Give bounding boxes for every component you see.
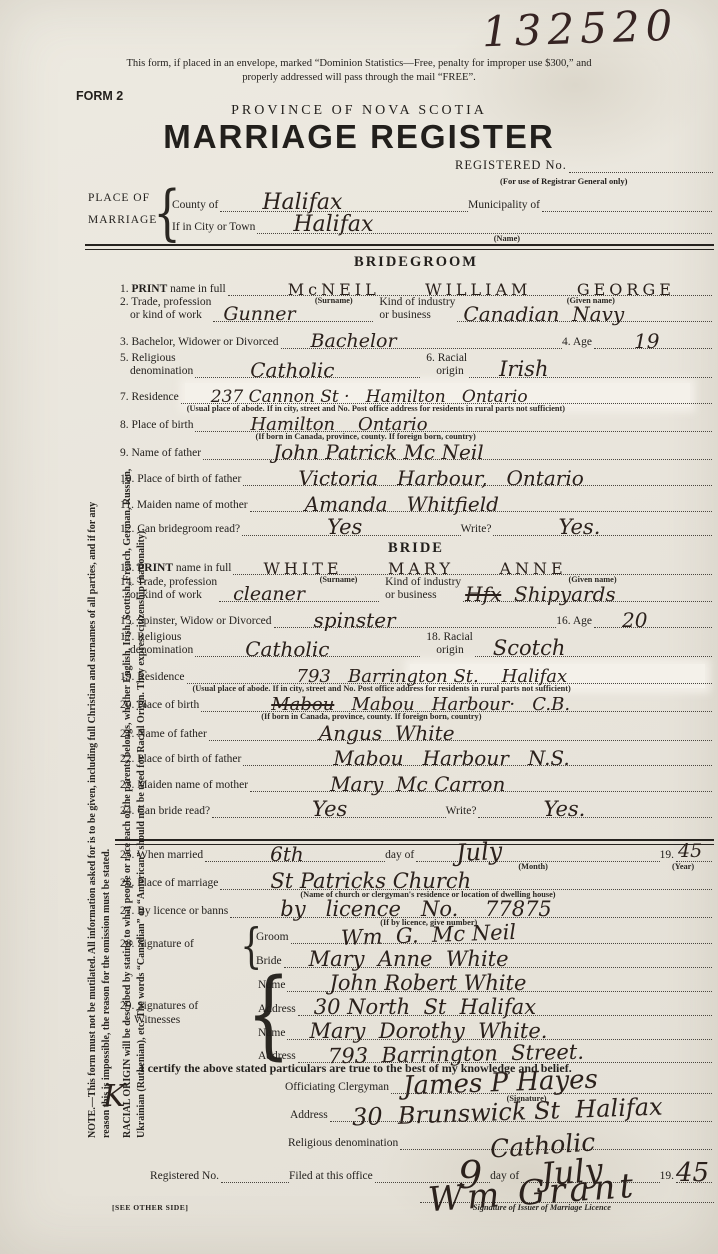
- row-27-licence: 27. By licence or banns by licence No. 7…: [120, 901, 712, 918]
- groom-father-value: John Patrick Mc Neil: [273, 442, 484, 462]
- year-note: (Year): [672, 862, 694, 871]
- see-other-side-note: [SEE OTHER SIDE]: [112, 1203, 188, 1212]
- row25-year-field: 45 (Year): [676, 845, 712, 862]
- mail-notice-line2: properly addressed will pass through the…: [0, 72, 718, 83]
- margin-racial-line1: RACIAL ORIGIN will be described by stati…: [121, 282, 135, 1138]
- groom-racial-origin-value: Irish: [499, 359, 548, 380]
- bride-status-value: spinster: [314, 610, 396, 630]
- bride-trade-value: cleaner: [233, 585, 305, 604]
- married-month-value: July: [456, 839, 504, 865]
- row11-field: Amanda Whitfield: [250, 495, 712, 512]
- row-2-trade: 2. Trade, professionor kind of work Gunn…: [120, 296, 712, 322]
- married-day-value: 6th: [270, 844, 304, 864]
- row15-field: spinster: [274, 611, 557, 628]
- groom-mother-value: Amanda Whitfield: [305, 494, 499, 514]
- row-26-place-of-marriage: 26. Place of marriage St Patricks Church…: [120, 873, 712, 890]
- groom-sig-label: Groom: [256, 931, 291, 944]
- clergyman-address-row: Address 30 Brunswick St Halifax: [290, 1105, 712, 1122]
- clergy-address-label: Address: [290, 1109, 330, 1122]
- stamp-number: 132520: [481, 5, 679, 54]
- province-heading: PROVINCE OF NOVA SCOTIA: [0, 103, 718, 119]
- row10-field: Victoria Harbour, Ontario: [243, 469, 712, 486]
- bride-religion-value: Catholic: [245, 639, 329, 659]
- row4-age-label: 4. Age: [562, 336, 594, 349]
- city-town-label: If in City or Town: [172, 221, 257, 234]
- witness2-name-field: Mary Dorothy White.: [287, 1023, 712, 1040]
- row-14-trade: 14. Trade, professionor kind of work cle…: [120, 576, 712, 602]
- row16-age-field: 20: [594, 611, 712, 628]
- bride-read-value: Yes: [312, 799, 347, 820]
- margin-note-line2: reason this is impossible, the reason fo…: [100, 282, 114, 1138]
- row18-label: 18. Racialorigin: [420, 631, 475, 657]
- form-number-label: FORM 2: [76, 89, 123, 103]
- registered-no-label: REGISTERED No.: [455, 159, 569, 173]
- row-17-religion: 17. Religiousdenomination Catholic 18. R…: [120, 631, 712, 657]
- month-note: (Month): [518, 862, 548, 871]
- row12-write-field: Yes.: [493, 519, 712, 536]
- filed-office-label: Filed at this office: [289, 1170, 375, 1183]
- city-town-row: If in City or Town Halifax (Name): [172, 217, 712, 234]
- groom-status-value: Bachelor: [311, 332, 397, 351]
- groom-write-value: Yes.: [558, 517, 600, 538]
- marriage-heading: MARRIAGE: [88, 214, 157, 226]
- row9-field: John Patrick Mc Neil: [203, 443, 712, 460]
- witness1-address-row: Address 30 North St Halifax: [258, 999, 712, 1016]
- witness2-name: Mary Dorothy White.: [309, 1021, 547, 1042]
- county-row: County of Halifax Municipality of: [172, 195, 712, 212]
- bride-sig-field: Mary Anne White: [284, 951, 712, 968]
- clergyman-field: James P Hayes (Signature): [391, 1077, 712, 1094]
- place-of-heading: PLACE OF: [88, 192, 150, 204]
- bride-write-value: Yes.: [543, 799, 585, 820]
- row18-field: Scotch: [475, 631, 712, 657]
- groom-trade-value: Gunner: [223, 305, 295, 324]
- county-label: County of: [172, 199, 220, 212]
- marriage-register-document: 132520 This form, if placed in an envelo…: [0, 0, 718, 1254]
- bride-age-value: 20: [622, 610, 647, 630]
- clergy-denomination-row: Religious denomination Catholic: [288, 1133, 712, 1150]
- row26-field: St Patricks Church (Name of church or cl…: [220, 873, 712, 890]
- row7-field: 237 Cannon St · Hamilton Ontario (Usual …: [181, 387, 712, 404]
- bride-signature: Mary Anne White: [309, 949, 509, 970]
- filed-year-value: 45: [676, 1160, 709, 1186]
- row23-field: Mary Mc Carron: [250, 775, 712, 792]
- row24-read-field: Yes: [212, 801, 446, 818]
- county-field: Halifax: [220, 195, 468, 212]
- row6-field: Irish: [469, 352, 712, 378]
- row22-field: Mabou Harbour N.S.: [243, 749, 712, 766]
- margin-note-line1: NOTE.—This form must not be mutilated. A…: [86, 282, 100, 1138]
- clergy-denomination-label: Religious denomination: [288, 1137, 400, 1150]
- row8-field: Hamilton Ontario (If born in Canada, pro…: [195, 415, 712, 432]
- row1-field: McNEIL WILLIAM GEORGE (Surname) (Given n…: [228, 279, 712, 296]
- row-10-father-birthplace: 10. Place of birth of father Victoria Ha…: [120, 469, 712, 486]
- witness1-name-label: Name: [258, 979, 287, 992]
- row20-note: (If born in Canada, province, county. If…: [261, 712, 481, 721]
- name-note: (Name): [494, 234, 520, 243]
- row5-field: Catholic: [195, 352, 420, 378]
- row27-field: by licence No. 77875 (If by licence, giv…: [230, 901, 712, 918]
- row20-field: Mabou Mabou Harbour· C.B. (If born in Ca…: [201, 695, 712, 712]
- row-3-status: 3. Bachelor, Widower or Divorced Bachelo…: [120, 332, 712, 349]
- groom-signature-row: Groom Wm G. Mc Neil: [256, 927, 712, 944]
- witness2-name-row: Name Mary Dorothy White.: [258, 1023, 712, 1040]
- section-divider: [85, 244, 714, 250]
- witness1-name-field: John Robert White: [287, 975, 712, 992]
- row25-day-field: 6th: [205, 845, 385, 862]
- row-13-name: 13. PRINT name in full WHITE MARY ANNE (…: [120, 558, 712, 575]
- registered-no-row: REGISTERED No.: [455, 156, 713, 173]
- row-15-status: 15. Spinster, Widow or Divorced spinster…: [120, 611, 712, 628]
- municipality-field: [542, 195, 712, 212]
- city-town-field: Halifax (Name): [257, 217, 712, 234]
- groom-read-value: Yes: [327, 517, 362, 538]
- bride-father-value: Angus White: [319, 723, 455, 743]
- married-year-value: 45: [678, 842, 702, 861]
- city-town-value: Halifax: [293, 214, 373, 236]
- row4-age-field: 19: [594, 332, 712, 349]
- bride-mother-value: Mary Mc Carron: [330, 774, 505, 794]
- margin-notes: NOTE.—This form must not be mutilated. A…: [86, 282, 149, 1138]
- row6-label: 6. Racialorigin: [420, 352, 469, 378]
- row-12-literacy: 12. Can bridegroom read? Yes Write? Yes.: [120, 519, 712, 536]
- row13-field: WHITE MARY ANNE (Surname) (Given name): [233, 558, 712, 575]
- struck-word: Hfx: [465, 582, 501, 606]
- witness1-address: 30 North St Halifax: [314, 997, 536, 1018]
- row-19-residence: 19. Residence 793 Barrington St. Halifax…: [120, 667, 712, 684]
- filed-year-field: 45: [676, 1166, 712, 1183]
- clergy-denomination-field: Catholic: [400, 1133, 712, 1150]
- row2-industry-field: Canadian Navy: [457, 296, 712, 322]
- place-brace: {: [153, 183, 180, 243]
- row-8-birthplace: 8. Place of birth Hamilton Ontario (If b…: [120, 415, 712, 432]
- row14-industry-field: Hfx Shipyards: [463, 576, 712, 602]
- groom-father-birthplace-value: Victoria Harbour, Ontario: [298, 468, 583, 488]
- row12-read-field: Yes: [242, 519, 461, 536]
- bride-father-birthplace-value: Mabou Harbour N.S.: [333, 748, 569, 768]
- row24-write-field: Yes.: [478, 801, 712, 818]
- row19-note: (Usual place of abode. If in city, stree…: [193, 684, 571, 693]
- row14-mid-label: Kind of industryor business: [379, 576, 463, 602]
- place-of-marriage-value: St Patricks Church: [270, 871, 471, 892]
- bridegroom-heading: BRIDEGROOM: [120, 254, 712, 271]
- row14-trade-field: cleaner: [219, 576, 379, 602]
- bride-racial-origin-value: Scotch: [493, 638, 566, 659]
- row-9-father: 9. Name of father John Patrick Mc Neil: [120, 443, 712, 460]
- row21-field: Angus White: [209, 724, 712, 741]
- issuer-signature-row: Wm Grant Signature of Issuer of Marriage…: [420, 1186, 714, 1203]
- county-value: Halifax: [262, 192, 342, 214]
- bride-industry-value: Hfx Shipyards: [465, 584, 615, 604]
- municipality-label: Municipality of: [468, 199, 542, 212]
- row19-field: 793 Barrington St. Halifax (Usual place …: [187, 667, 712, 684]
- row-7-residence: 7. Residence 237 Cannon St · Hamilton On…: [120, 387, 712, 404]
- row25-year-prefix: 19.: [660, 849, 676, 862]
- bride-heading: BRIDE: [120, 540, 712, 557]
- filed-registered-field: [221, 1166, 289, 1183]
- mail-notice-line1: This form, if placed in an envelope, mar…: [0, 58, 718, 69]
- witness2-name-label: Name: [258, 1027, 287, 1040]
- row3-field: Bachelor: [281, 332, 562, 349]
- clergyman-signature: James P Hayes: [403, 1067, 599, 1100]
- row25-month-field: July (Month): [416, 845, 659, 862]
- row-23-mother: 23. Maiden name of mother Mary Mc Carron: [120, 775, 712, 792]
- groom-industry-value: Canadian Navy: [463, 304, 624, 324]
- margin-racial-line2: Ukrainian (Ruthenian), etc. The words “C…: [135, 282, 149, 1138]
- clergy-address-field: 30 Brunswick St Halifax: [330, 1105, 712, 1122]
- bride-name-value: WHITE MARY ANNE: [263, 561, 566, 577]
- row7-note: (Usual place of abode. If in city, stree…: [187, 404, 565, 413]
- row-1-name: 1. PRINT name in full McNEIL WILLIAM GEO…: [120, 279, 712, 296]
- row2-mid-label: Kind of industryor business: [373, 296, 457, 322]
- row-24-literacy: 24. Can bride read? Yes Write? Yes.: [120, 801, 712, 818]
- filed-registered-label: Registered No.: [150, 1170, 221, 1183]
- row12-write-label: Write?: [461, 523, 494, 536]
- row2-trade-field: Gunner: [213, 296, 373, 322]
- bride-signature-row: Bride Mary Anne White: [256, 951, 712, 968]
- row-22-father-birthplace: 22. Place of birth of father Mabou Harbo…: [120, 749, 712, 766]
- witness1-name-row: Name John Robert White: [258, 975, 712, 992]
- row-11-mother: 11. Maiden name of mother Amanda Whitfie…: [120, 495, 712, 512]
- row-5-religion: 5. Religiousdenomination Catholic 6. Rac…: [120, 352, 712, 378]
- witness1-name: John Robert White: [329, 973, 526, 994]
- issuer-signature-note: Signature of Issuer of Marriage Licence: [473, 1203, 611, 1212]
- row16-age-label: 16. Age: [556, 615, 594, 628]
- row-21-father: 21. Name of father Angus White: [120, 724, 712, 741]
- registrar-general-note: (For use of Registrar General only): [500, 176, 627, 186]
- row24-write-label: Write?: [446, 805, 479, 818]
- groom-signature: Wm G. Mc Neil: [340, 922, 516, 949]
- clergyman-row: Officiating Clergyman James P Hayes (Sig…: [285, 1077, 712, 1094]
- witness1-address-label: Address: [258, 1003, 298, 1016]
- clergyman-label: Officiating Clergyman: [285, 1081, 391, 1094]
- row17-field: Catholic: [195, 631, 420, 657]
- registered-no-field: [569, 156, 713, 173]
- groom-sig-field: Wm G. Mc Neil: [291, 927, 712, 944]
- licence-value: by licence No. 77875: [280, 899, 552, 920]
- page-title: MARRIAGE REGISTER: [0, 118, 718, 156]
- row25-dayof-label: day of: [385, 849, 416, 862]
- witness1-address-field: 30 North St Halifax: [298, 999, 712, 1016]
- groom-age-value: 19: [634, 331, 659, 351]
- row-25-when-married: 25. When married 6th day of July (Month)…: [120, 845, 712, 862]
- row-20-birthplace: 20. Place of birth Mabou Mabou Harbour· …: [120, 695, 712, 712]
- filed-year-prefix: 19.: [660, 1170, 676, 1183]
- issuer-signature-field: Wm Grant Signature of Issuer of Marriage…: [420, 1186, 714, 1203]
- groom-religion-value: Catholic: [250, 360, 334, 380]
